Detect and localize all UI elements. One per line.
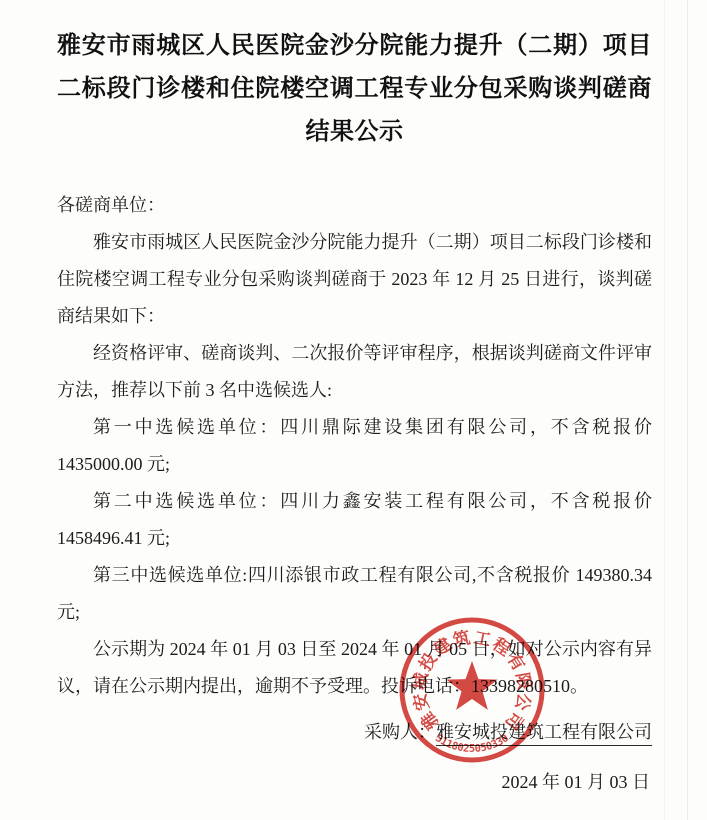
body-paragraph: 经资格评审、磋商谈判、二次报价等评审程序，根据谈判磋商文件评审方法，推荐以下前 …	[57, 335, 652, 409]
body-paragraph: 雅安市雨城区人民医院金沙分院能力提升（二期）项目二标段门诊楼和住院楼空调工程专业…	[57, 224, 652, 335]
document-content: 雅安市雨城区人民医院金沙分院能力提升（二期）项目二标段门诊楼和住院楼空调工程专业…	[0, 0, 707, 797]
signature-date: 2024 年 01 月 03 日	[57, 767, 652, 797]
salutation: 各磋商单位：	[57, 187, 652, 224]
body-paragraph: 第一中选候选单位：四川鼎际建设集团有限公司，不含税报价 1435000.00 元…	[57, 409, 652, 483]
document-body: 各磋商单位： 雅安市雨城区人民医院金沙分院能力提升（二期）项目二标段门诊楼和住院…	[57, 187, 652, 705]
body-paragraph: 第二中选候选单位：四川力鑫安装工程有限公司，不含税报价 1458496.41 元…	[57, 483, 652, 557]
purchaser-company: 雅安城投建筑工程有限公司	[436, 722, 652, 746]
signature-block: 采购人：雅安城投建筑工程有限公司 2024 年 01 月 03 日	[57, 717, 652, 797]
purchaser-label: 采购人：	[364, 722, 436, 742]
body-paragraph: 公示期为 2024 年 01 月 03 日至 2024 年 01 月 05 日，…	[57, 631, 652, 705]
body-paragraph: 第三中选候选单位:四川添银市政工程有限公司,不含税报价 149380.34 元;	[57, 557, 652, 631]
document-title: 雅安市雨城区人民医院金沙分院能力提升（二期）项目二标段门诊楼和住院楼空调工程专业…	[57, 24, 652, 153]
document-page: 雅安市雨城区人民医院金沙分院能力提升（二期）项目二标段门诊楼和住院楼空调工程专业…	[0, 0, 707, 820]
signature-line: 采购人：雅安城投建筑工程有限公司	[57, 717, 652, 747]
